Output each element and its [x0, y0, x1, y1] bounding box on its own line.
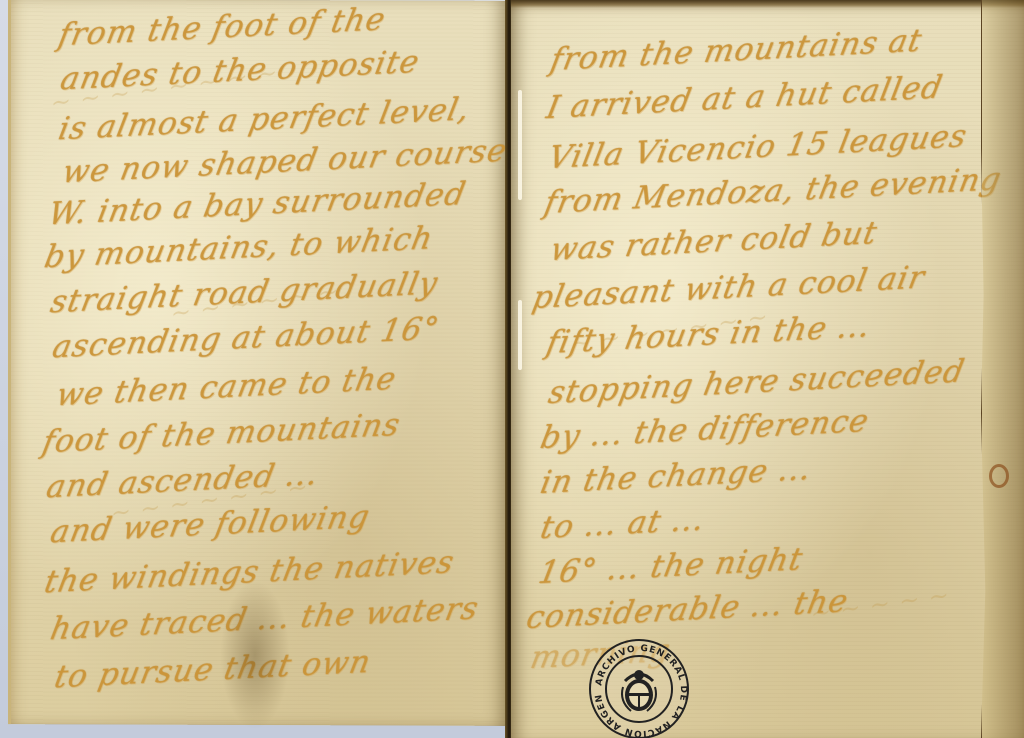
handwritten-line: in the change ...	[537, 451, 814, 502]
handwritten-line: 16° ... the night	[535, 541, 806, 591]
handwritten-line: we then came to the	[53, 361, 399, 414]
water-stain	[220, 580, 290, 730]
handwritten-line: to pursue that own	[51, 644, 374, 696]
coat-of-arms-icon	[607, 657, 671, 721]
stamp-inner-ring	[605, 655, 673, 723]
handwritten-line: foot of the mountains	[39, 407, 403, 461]
handwritten-line: ascending at about 16°	[49, 310, 442, 365]
handwritten-line: from the mountains at	[547, 22, 925, 78]
torn-page-edge	[981, 0, 1024, 738]
handwritten-line: I arrived at a hut called	[543, 69, 945, 126]
manuscript-scan: ~ ~ ~ ~ ~ ~ ~ ~ ~ ~ ~ ~ ~ ~ ~ ~ ~ ~ ~ ~ …	[0, 0, 1024, 738]
handwritten-line: by ... the difference	[537, 403, 872, 457]
gutter-fold-highlight	[518, 300, 522, 370]
archive-stamp: ARCHIVO GENERAL DE LA NACIÓN ARGENTINA	[589, 639, 689, 738]
right-page: ~ ~ ~ ~ ~ ~ ~ ~ ~ ~ ~ ~ from the mountai…	[511, 0, 1024, 738]
handwritten-line: fifty hours in the ...	[543, 308, 873, 361]
handwritten-line: considerable ... the	[523, 583, 851, 636]
gutter-fold-highlight	[518, 90, 522, 200]
handwritten-line: was rather cold but	[547, 215, 880, 269]
right-page-text: ~ ~ ~ ~ ~ ~ ~ ~ ~ ~ ~ ~ from the mountai…	[511, 0, 1024, 738]
handwritten-line: and were following	[47, 498, 373, 550]
ink-stain	[989, 464, 1009, 488]
handwritten-line: to ... at ...	[537, 501, 708, 546]
handwritten-line: from the foot of the	[55, 1, 388, 53]
handwritten-line: stopping here succeeded	[545, 353, 967, 411]
